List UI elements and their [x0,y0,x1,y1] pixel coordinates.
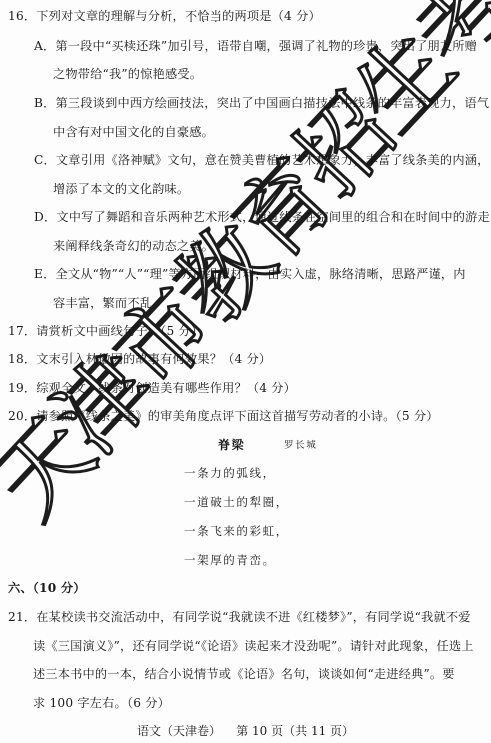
question-text: 文末引入林徽因的故事有何效果？（4 分） [36,352,271,366]
option-a-line-1: A．第一段中“买椟还珠”加引号，语带自嘲，强调了礼物的珍贵，突出了朋友所赠 [34,38,477,54]
question-text: 在某校读书交流活动中，有同学说“我就读不进《红楼梦》”，有同学说“我就不爱 [36,610,470,624]
option-text: 文中写了舞蹈和音乐两种艺术形式，通过线条在空间里的组合和在时间中的游走 [56,210,490,224]
question-number: 19． [8,380,36,396]
question-21-line-1: 21．在某校读书交流活动中，有同学说“我就读不进《红楼梦》”，有同学说“我就不爱 [8,609,471,625]
question-number: 16． [8,8,36,24]
question-21-line-2: 读《三国演义》”，还有同学说“《论语》读起来才没劲呢”。请针对此现象，任选上 [33,638,474,654]
exam-page: 16．下列对文章的理解与分析，不恰当的两项是（4 分） A．第一段中“买椟还珠”… [0,0,491,743]
question-number: 20． [8,408,36,424]
question-number: 18． [8,351,36,367]
option-e-line-2: 容丰富，繁而不乱。 [53,295,165,311]
option-d-line-2: 来阐释线条奇幻的动态之美。 [53,238,214,254]
stem-text: 的两项是（4 分） [222,9,321,23]
stem-text: 下列对文章的理解与分析， [36,9,185,23]
option-c-line-2: 增添了本文的文化韵味。 [53,181,189,197]
option-label: D． [34,209,56,225]
poem-line-3: 一条飞来的彩虹， [184,523,289,539]
question-20: 20．请参照《线条之美》的审美角度点评下面这首描写劳动者的小诗。（5 分） [8,408,439,424]
question-21-line-4: 求 100 字左右。（6 分） [33,695,170,711]
question-18: 18．文末引入林徽因的故事有何效果？（4 分） [8,351,271,367]
option-label: E． [34,266,55,282]
poem-line-2: 一道破土的犁圈， [184,494,289,510]
poem-line-4: 一架厚的青峦。 [184,552,276,568]
section-6-heading: 六、（10 分） [8,580,86,596]
option-a-line-2: 之物带给“我”的惊艳感受。 [53,66,202,82]
question-19: 19．综观全文，线条对创造美有哪些作用？（4 分） [8,380,296,396]
page-footer: 语文（天津卷） 第 10 页（共 11 页） [0,723,491,739]
question-number: 17． [8,323,36,339]
question-text: 请参照《线条之美》的审美角度点评下面这首描写劳动者的小诗。（5 分） [36,409,438,423]
question-text: 请赏析文中画线句子。（5 分） [36,324,203,338]
footer-subject: 语文（天津卷） [137,724,221,738]
question-16-stem: 16．下列对文章的理解与分析，不恰当的两项是（4 分） [8,8,321,24]
question-number: 21． [8,609,36,625]
option-label: B． [34,95,56,111]
footer-page-number: 第 10 页（共 11 页） [236,724,354,738]
option-text: 第三段谈到中西方绘画技法，突出了中国画白描技法中线条的丰富表现力，语气 [56,96,490,110]
option-e-line-1: E．全文从“物”“人”“理”等方面组织材料，由实入虚，脉络清晰，思路严谨，内 [34,266,466,282]
option-text: 文章引用《洛神赋》文句，意在赞美曹植的艺术想象力，丰富了线条美的内涵， [56,153,490,167]
option-d-line-1: D．文中写了舞蹈和音乐两种艺术形式，通过线条在空间里的组合和在时间中的游走 [34,209,490,225]
question-17: 17．请赏析文中画线句子。（5 分） [8,323,203,339]
question-21-line-3: 述三本书中的一本，结合小说情节或《论语》名句，谈谈如何“走进经典”。要 [33,666,455,682]
emphasis-char: 恰 [197,9,209,23]
option-c-line-1: C．文章引用《洛神赋》文句，意在赞美曹植的艺术想象力，丰富了线条美的内涵， [34,152,489,168]
question-text: 综观全文，线条对创造美有哪些作用？（4 分） [36,381,296,395]
emphasis-char: 不 [185,9,197,23]
watermark: 天津市教育招生考试院 [0,0,491,743]
option-b-line-2: 中含有对中国文化的自豪感。 [53,124,214,140]
option-text: 第一段中“买椟还珠”加引号，语带自嘲，强调了礼物的珍贵，突出了朋友所赠 [55,39,477,53]
option-b-line-1: B．第三段谈到中西方绘画技法，突出了中国画白描技法中线条的丰富表现力，语气 [34,95,489,111]
poem-line-1: 一条力的弧线， [184,465,276,481]
option-label: A． [34,38,55,54]
emphasis-char: 当 [210,9,222,23]
poem-title: 脊梁 [218,437,245,453]
option-label: C． [34,152,56,168]
poem-author: 罗长城 [284,438,317,454]
option-text: 全文从“物”“人”“理”等方面组织材料，由实入虚，脉络清晰，思路严谨，内 [55,267,465,281]
